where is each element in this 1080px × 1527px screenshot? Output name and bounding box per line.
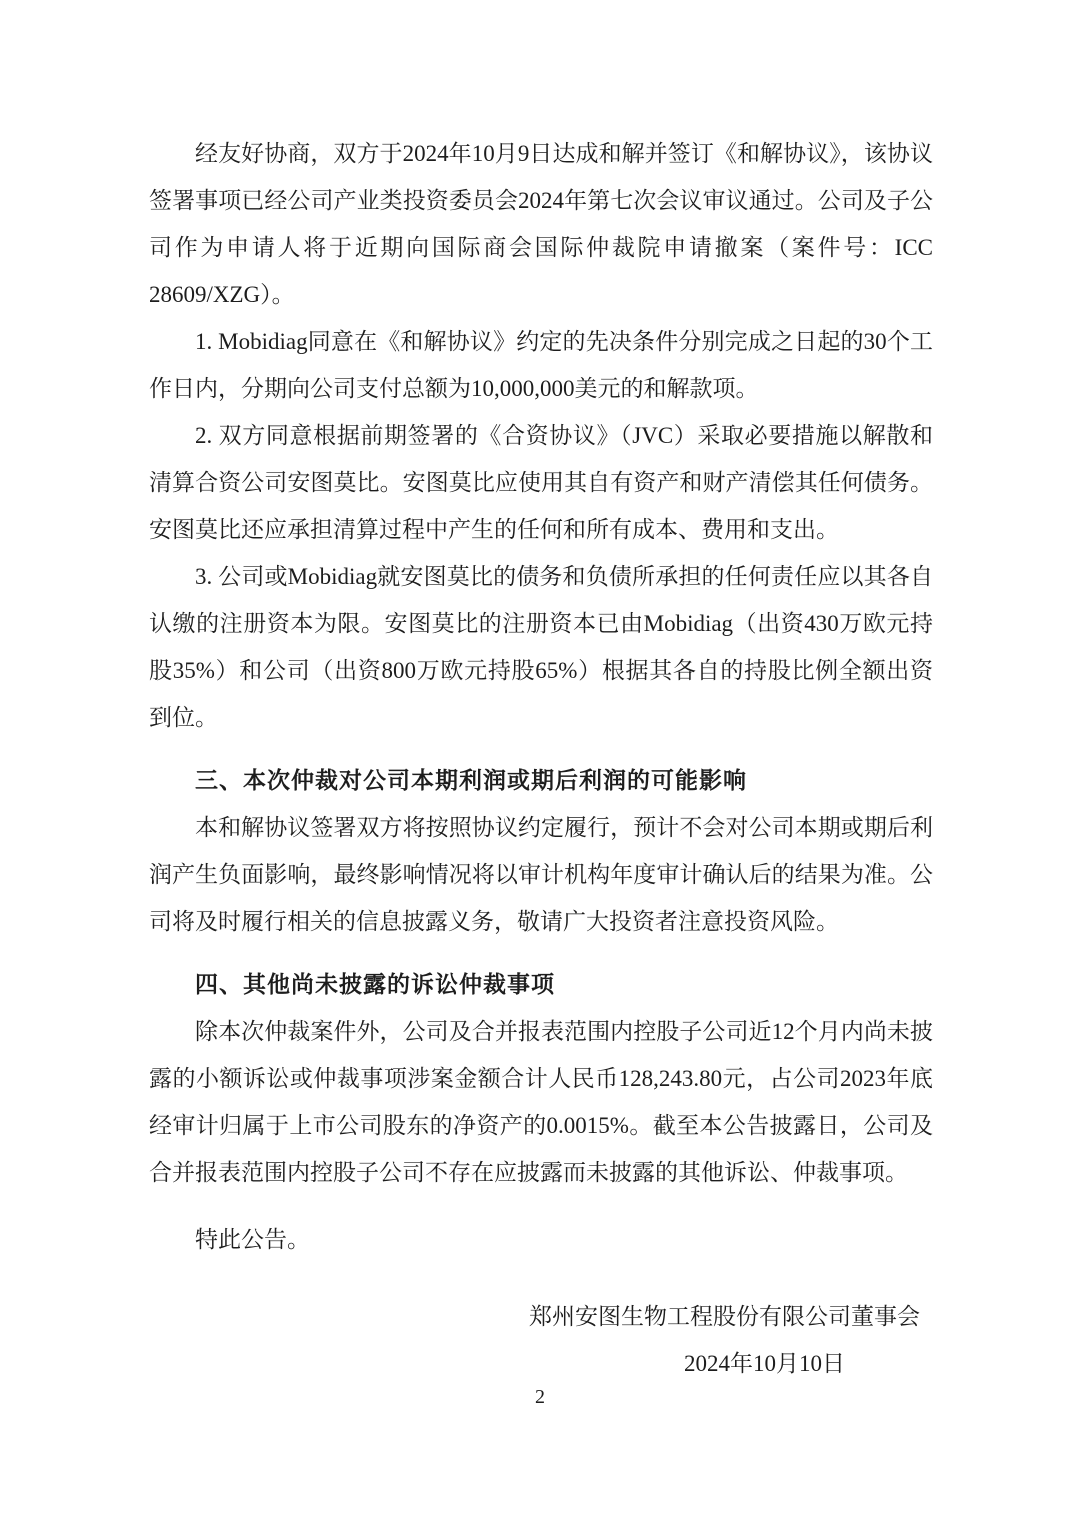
document-body: 经友好协商，双方于2024年10月9日达成和解并签订《和解协议》，该协议签署事项… xyxy=(149,130,933,1387)
settlement-term-3: 3. 公司或Mobidiag就安图莫比的债务和负债所承担的任何责任应以其各自认缴… xyxy=(149,553,933,741)
settlement-term-1: 1. Mobidiag同意在《和解协议》约定的先决条件分别完成之日起的30个工作… xyxy=(149,318,933,412)
page-number: 2 xyxy=(0,1385,1080,1409)
section-heading-4: 四、其他尚未披露的诉讼仲裁事项 xyxy=(149,961,933,1008)
closing-statement: 特此公告。 xyxy=(149,1216,933,1263)
paragraph-section-4: 除本次仲裁案件外，公司及合并报表范围内控股子公司近12个月内尚未披露的小额诉讼或… xyxy=(149,1008,933,1196)
section-heading-3: 三、本次仲裁对公司本期利润或期后利润的可能影响 xyxy=(149,757,933,804)
paragraph-section-3: 本和解协议签署双方将按照协议约定履行，预计不会对公司本期或期后利润产生负面影响，… xyxy=(149,804,933,945)
paragraph-settlement-intro: 经友好协商，双方于2024年10月9日达成和解并签订《和解协议》，该协议签署事项… xyxy=(149,130,933,318)
settlement-term-2: 2. 双方同意根据前期签署的《合资协议》（JVC）采取必要措施以解散和清算合资公… xyxy=(149,412,933,553)
signature-date: 2024年10月10日 xyxy=(149,1340,933,1387)
signature-company: 郑州安图生物工程股份有限公司董事会 xyxy=(149,1293,933,1340)
document-page: 经友好协商，双方于2024年10月9日达成和解并签订《和解协议》，该协议签署事项… xyxy=(0,0,1080,1527)
signature-block: 郑州安图生物工程股份有限公司董事会 2024年10月10日 xyxy=(149,1293,933,1387)
